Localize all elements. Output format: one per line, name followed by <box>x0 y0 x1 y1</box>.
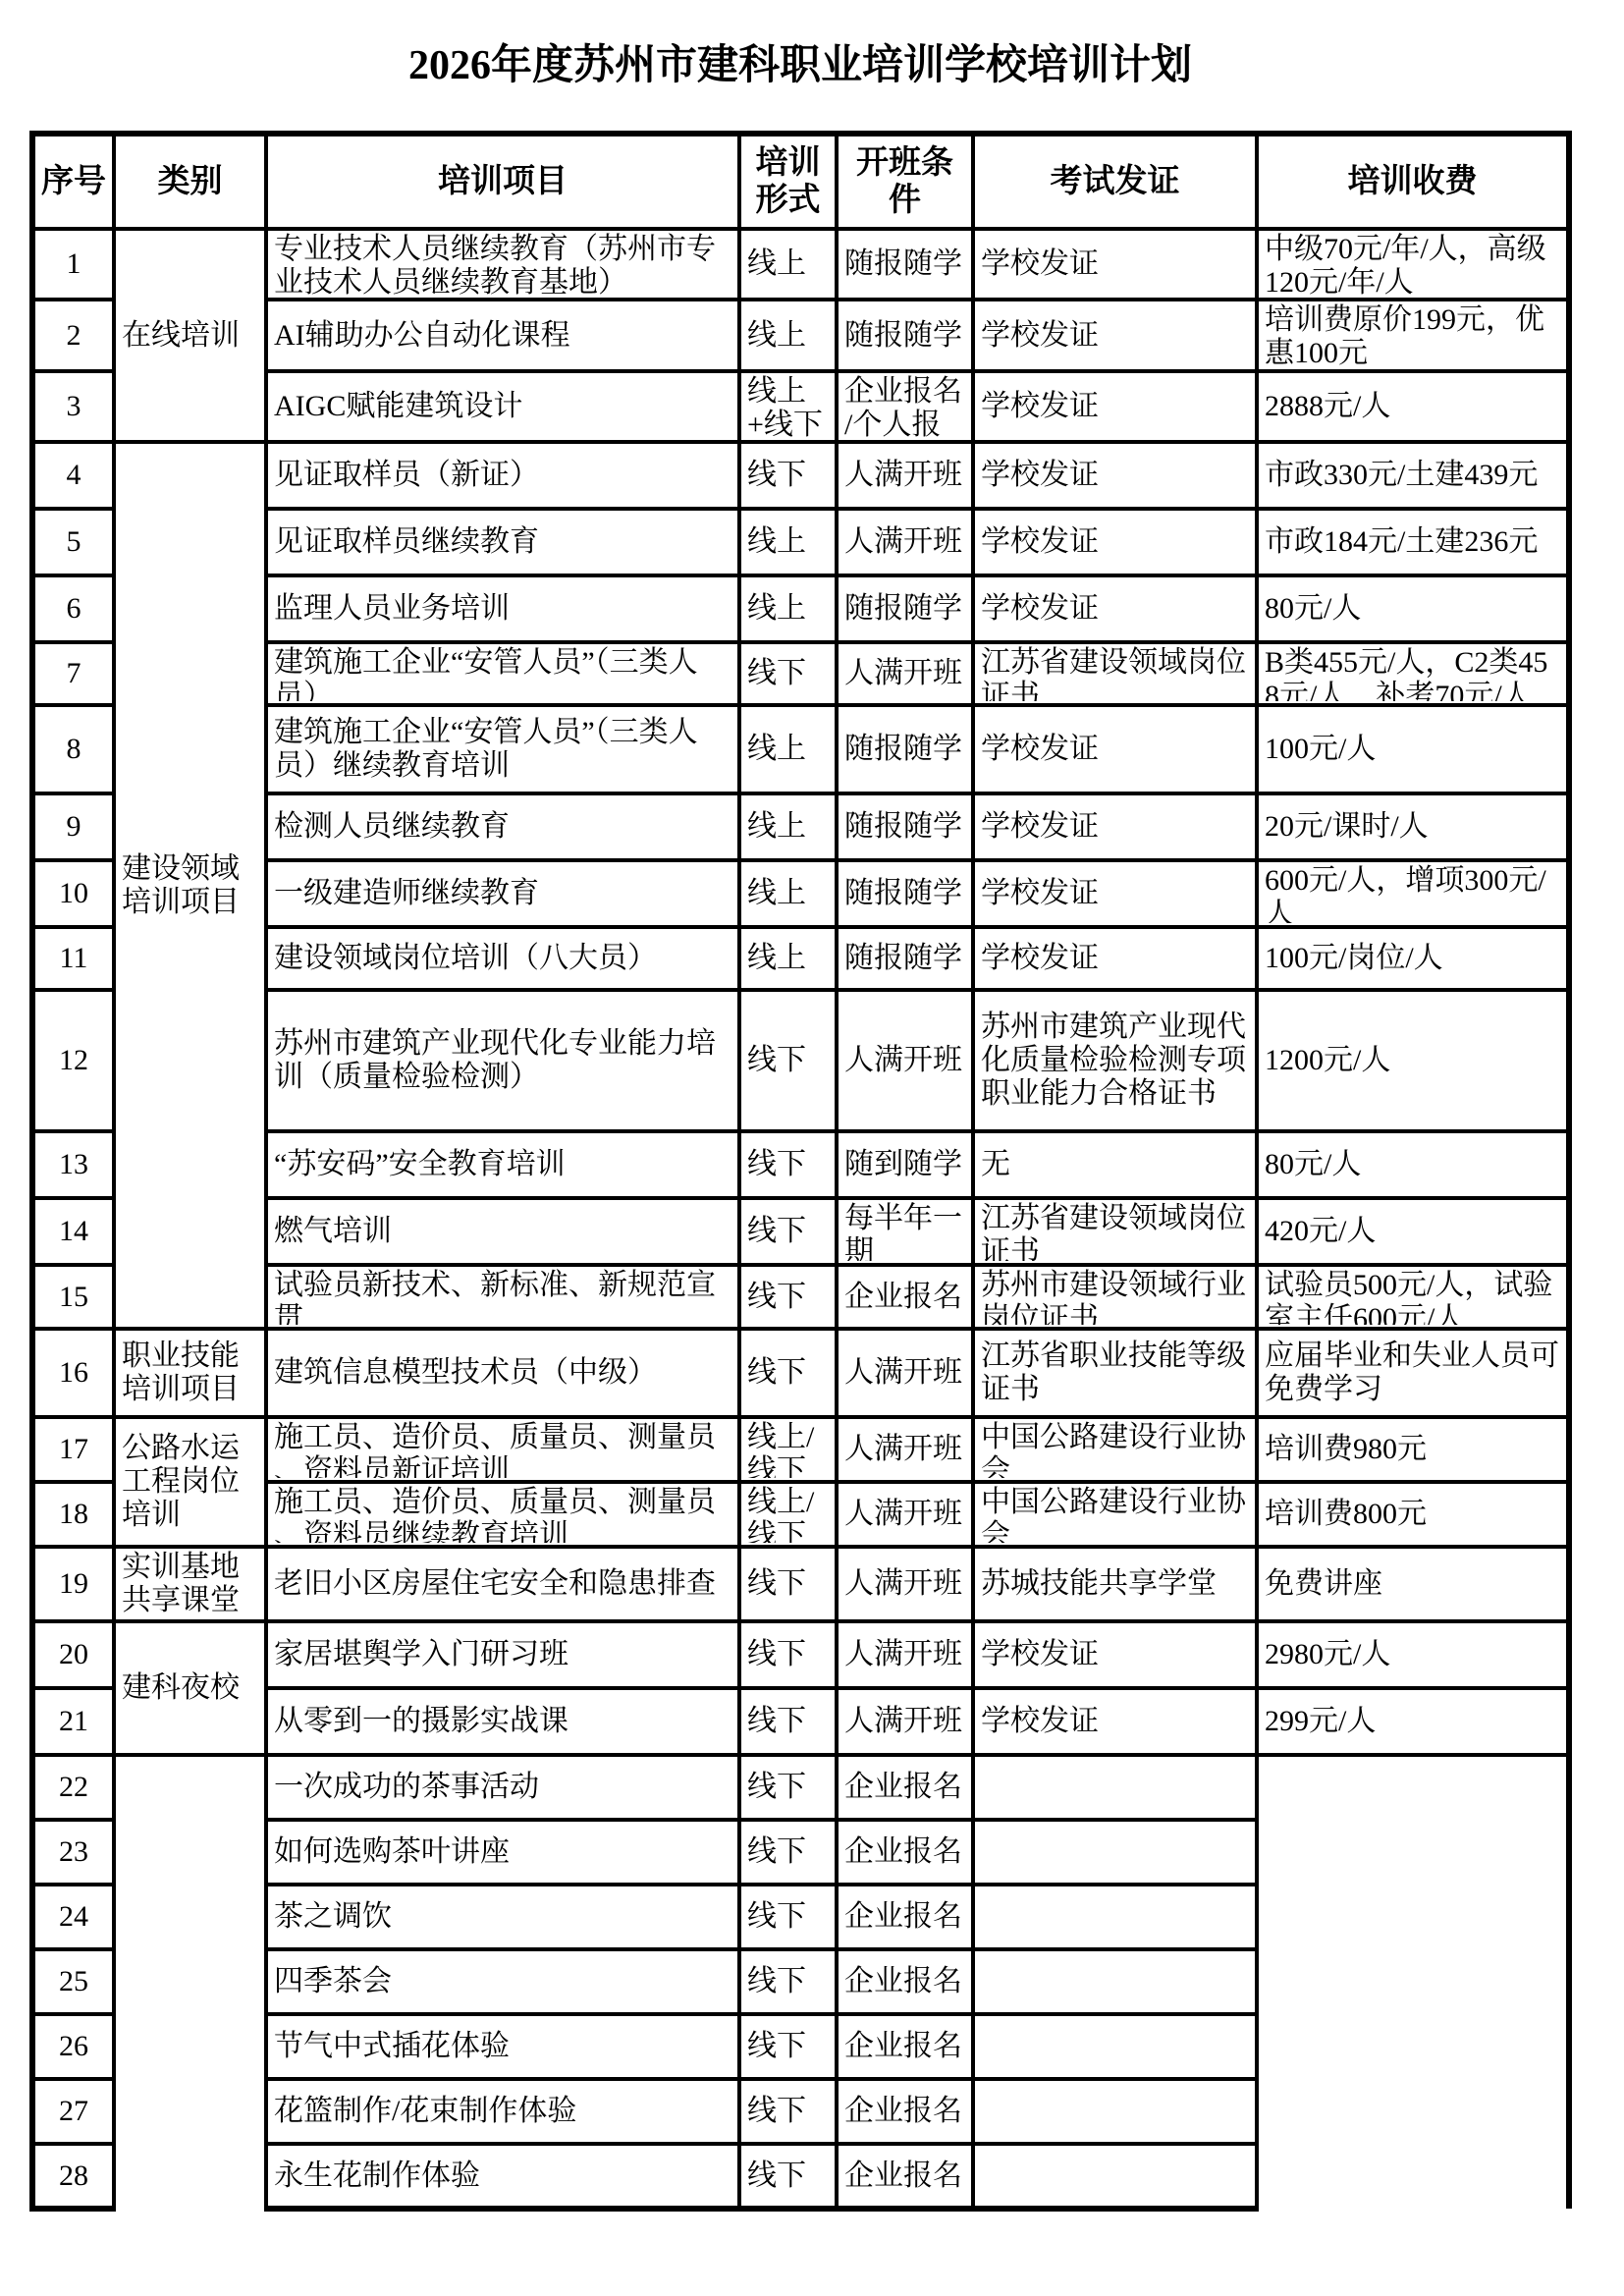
form-cell: 线下 <box>739 1131 837 1198</box>
row-number-cell: 1 <box>32 229 114 300</box>
form-cell: 线下 <box>739 2079 837 2144</box>
fee-cell-text: 培训费800元 <box>1265 1498 1560 1531</box>
condition-cell: 人满开班 <box>837 1621 973 1688</box>
condition-cell-text: 人满开班 <box>844 657 965 690</box>
form-cell-text: 线上 <box>747 525 829 559</box>
fee-cell: 299元/人 <box>1257 1688 1569 1755</box>
project-cell: 家居堪舆学入门研习班 <box>266 1621 739 1688</box>
row-number-cell: 11 <box>32 927 114 990</box>
row-number-cell: 27 <box>32 2079 114 2144</box>
fee-cell-text: 600元/人，增项300元/人 <box>1265 864 1560 923</box>
form-cell-text: 线下 <box>747 459 829 492</box>
cert-cell <box>973 2014 1257 2079</box>
project-cell: 燃气培训 <box>266 1198 739 1265</box>
fee-cell: 应届毕业和失业人员可免费学习 <box>1257 1329 1569 1417</box>
row-number-cell-text: 24 <box>41 1900 106 1934</box>
cert-cell: 学校发证 <box>973 705 1257 793</box>
table-row: 20建科夜校家居堪舆学入门研习班线下人满开班学校发证2980元/人 <box>32 1621 1569 1688</box>
fee-cell-text: 中级70元/年/人，高级120元/年/人 <box>1265 233 1560 296</box>
fee-cell: 80元/人 <box>1257 575 1569 642</box>
row-number-cell: 5 <box>32 509 114 575</box>
cert-cell-text: 中国公路建设行业协会 <box>981 1421 1249 1478</box>
cert-cell-text: 江苏省建设领域岗位证书 <box>981 1202 1249 1261</box>
cert-cell: 中国公路建设行业协会 <box>973 1417 1257 1482</box>
category-cell-text: 建科夜校 <box>122 1671 258 1705</box>
form-cell-text: 线上 <box>747 592 829 626</box>
cert-cell: 江苏省建设领域岗位证书 <box>973 1198 1257 1265</box>
category-cell: 在线培训 <box>114 229 266 442</box>
row-number-cell-text: 11 <box>41 942 106 975</box>
condition-cell-text: 随报随学 <box>844 877 965 910</box>
fee-merged-cell <box>1257 1755 1569 2209</box>
form-cell: 线下 <box>739 1755 837 1820</box>
form-cell-text: 线下 <box>747 1044 829 1077</box>
condition-cell-text: 企业报名 <box>844 1900 965 1934</box>
row-number-cell: 14 <box>32 1198 114 1265</box>
cert-cell: 无 <box>973 1131 1257 1198</box>
form-cell-text: 线下 <box>747 1771 829 1804</box>
form-cell: 线上 <box>739 860 837 927</box>
row-number-cell-text: 25 <box>41 1965 106 1998</box>
fee-cell: 免费讲座 <box>1257 1547 1569 1621</box>
project-cell: AI辅助办公自动化课程 <box>266 300 739 371</box>
condition-cell: 每半年一期 <box>837 1198 973 1265</box>
condition-cell: 随报随学 <box>837 229 973 300</box>
form-cell: 线下 <box>739 1198 837 1265</box>
row-number-cell-text: 4 <box>41 459 106 492</box>
header-project: 培训项目 <box>266 134 739 229</box>
form-cell: 线上 <box>739 705 837 793</box>
fee-cell-text: 2980元/人 <box>1265 1638 1560 1671</box>
cert-cell: 江苏省建设领域岗位证书 <box>973 642 1257 705</box>
project-cell-text: 永生花制作体验 <box>274 2159 731 2193</box>
cert-cell-text: 学校发证 <box>981 1638 1249 1671</box>
cert-cell <box>973 2144 1257 2209</box>
project-cell: 监理人员业务培训 <box>266 575 739 642</box>
project-cell: 建筑信息模型技术员（中级） <box>266 1329 739 1417</box>
condition-cell-text: 人满开班 <box>844 459 965 492</box>
form-cell: 线下 <box>739 642 837 705</box>
category-cell: 建科夜校 <box>114 1621 266 1755</box>
form-cell: 线下 <box>739 442 837 509</box>
table-row: 4建设领域 培训项目见证取样员（新证）线下人满开班学校发证市政330元/土建43… <box>32 442 1569 509</box>
fee-cell: 培训费980元 <box>1257 1417 1569 1482</box>
form-cell: 线上 <box>739 927 837 990</box>
category-cell: 实训基地 共享课堂 <box>114 1547 266 1621</box>
form-cell: 线下 <box>739 1820 837 1885</box>
row-number-cell-text: 12 <box>41 1044 106 1077</box>
project-cell-text: 一次成功的茶事活动 <box>274 1771 731 1804</box>
cert-cell-text: 学校发证 <box>981 247 1249 281</box>
cert-cell: 学校发证 <box>973 1621 1257 1688</box>
project-cell: 永生花制作体验 <box>266 2144 739 2209</box>
project-cell: 建筑施工企业“安管人员”（三类人员） <box>266 642 739 705</box>
fee-cell-text: 100元/岗位/人 <box>1265 942 1560 975</box>
fee-cell-text: 市政330元/土建439元 <box>1265 459 1560 492</box>
form-cell-text: 线下 <box>747 1215 829 1248</box>
cert-cell-text: 学校发证 <box>981 810 1249 844</box>
cert-cell-text: 江苏省建设领域岗位证书 <box>981 646 1249 701</box>
row-number-cell-text: 5 <box>41 525 106 559</box>
project-cell-text: 建设领域岗位培训（八大员） <box>274 942 731 975</box>
row-number-cell-text: 6 <box>41 592 106 626</box>
cert-cell: 学校发证 <box>973 575 1257 642</box>
condition-cell-text: 随报随学 <box>844 592 965 626</box>
form-cell-text: 线下 <box>747 657 829 690</box>
project-cell: 试验员新技术、新标准、新规范宣贯 <box>266 1265 739 1329</box>
row-number-cell-text: 10 <box>41 877 106 910</box>
fee-cell-text: 299元/人 <box>1265 1705 1560 1738</box>
row-number-cell-text: 19 <box>41 1567 106 1601</box>
condition-cell-text: 人满开班 <box>844 1705 965 1738</box>
project-cell-text: 见证取样员（新证） <box>274 459 731 492</box>
form-cell: 线上 <box>739 509 837 575</box>
condition-cell: 人满开班 <box>837 1547 973 1621</box>
cert-cell: 学校发证 <box>973 300 1257 371</box>
condition-cell: 人满开班 <box>837 1329 973 1417</box>
fee-cell-text: 培训费980元 <box>1265 1433 1560 1466</box>
form-cell-text: 线下 <box>747 2030 829 2063</box>
row-number-cell-text: 27 <box>41 2095 106 2128</box>
fee-cell-text: B类455元/人，C2类458元/人，补考70元/人 <box>1265 646 1560 701</box>
project-cell-text: AI辅助办公自动化课程 <box>274 319 731 353</box>
form-cell: 线上 <box>739 793 837 860</box>
condition-cell-text: 企业报名 <box>844 1281 965 1314</box>
category-cell-text: 公路水运 工程岗位 培训 <box>122 1432 258 1532</box>
document-page: 2026年度苏州市建科职业培训学校培训计划 序号 类别 培训项目 培训形式 开班… <box>0 0 1624 2296</box>
category-cell-text: 建设领域 培训项目 <box>122 852 258 919</box>
project-cell-text: 检测人员继续教育 <box>274 810 731 844</box>
table-header: 序号 类别 培训项目 培训形式 开班条件 考试发证 培训收费 <box>32 134 1569 229</box>
form-cell: 线下 <box>739 1885 837 1949</box>
form-cell-text: 线上 <box>747 942 829 975</box>
form-cell-text: 线上/线下 <box>747 1486 829 1543</box>
project-cell: 一级建造师继续教育 <box>266 860 739 927</box>
category-cell: 职业技能 培训项目 <box>114 1329 266 1417</box>
form-cell-text: 线下 <box>747 2095 829 2128</box>
row-number-cell: 22 <box>32 1755 114 1820</box>
cert-cell-text: 苏城技能共享学堂 <box>981 1567 1249 1601</box>
cert-cell <box>973 1949 1257 2014</box>
project-cell-text: 建筑施工企业“安管人员”（三类人员） <box>274 646 731 701</box>
row-number-cell-text: 15 <box>41 1281 106 1314</box>
form-cell-text: 线上/线下 <box>747 1421 829 1478</box>
row-number-cell-text: 16 <box>41 1356 106 1390</box>
row-number-cell-text: 17 <box>41 1433 106 1466</box>
cert-cell <box>973 1820 1257 1885</box>
condition-cell-text: 企业报名 <box>844 2030 965 2063</box>
row-number-cell: 26 <box>32 2014 114 2079</box>
fee-cell: 2888元/人 <box>1257 371 1569 442</box>
project-cell-text: 建筑施工企业“安管人员”（三类人员）继续教育培训 <box>274 716 731 783</box>
condition-cell: 企业报名 <box>837 2144 973 2209</box>
row-number-cell: 15 <box>32 1265 114 1329</box>
form-cell-text: 线下 <box>747 1835 829 1869</box>
fee-cell-text: 试验员500元/人，试验室主任600元/人 <box>1265 1269 1560 1325</box>
condition-cell-text: 人满开班 <box>844 1638 965 1671</box>
category-cell-text: 在线培训 <box>122 319 258 353</box>
condition-cell: 企业报名 <box>837 2014 973 2079</box>
form-cell: 线上/线下 <box>739 1417 837 1482</box>
row-number-cell: 28 <box>32 2144 114 2209</box>
row-number-cell: 2 <box>32 300 114 371</box>
table-row: 16职业技能 培训项目建筑信息模型技术员（中级）线下人满开班江苏省职业技能等级证… <box>32 1329 1569 1417</box>
condition-cell: 人满开班 <box>837 509 973 575</box>
condition-cell-text: 随到随学 <box>844 1148 965 1181</box>
condition-cell: 企业报名 /个人报名 <box>837 371 973 442</box>
condition-cell-text: 企业报名 /个人报名 <box>844 375 965 438</box>
cert-cell: 学校发证 <box>973 371 1257 442</box>
form-cell: 线下 <box>739 1621 837 1688</box>
form-cell: 线下 <box>739 1265 837 1329</box>
fee-cell-text: 420元/人 <box>1265 1215 1560 1248</box>
project-cell-text: 茶之调饮 <box>274 1900 731 1934</box>
project-cell-text: “苏安码”安全教育培训 <box>274 1148 731 1181</box>
condition-cell: 企业报名 <box>837 1885 973 1949</box>
condition-cell: 人满开班 <box>837 442 973 509</box>
form-cell: 线下 <box>739 1547 837 1621</box>
row-number-cell: 18 <box>32 1482 114 1547</box>
project-cell: 见证取样员继续教育 <box>266 509 739 575</box>
row-number-cell: 9 <box>32 793 114 860</box>
condition-cell-text: 人满开班 <box>844 1567 965 1601</box>
project-cell-text: AIGC赋能建筑设计 <box>274 390 731 423</box>
form-cell-text: 线下 <box>747 1965 829 1998</box>
cert-cell <box>973 1755 1257 1820</box>
fee-cell: 600元/人，增项300元/人 <box>1257 860 1569 927</box>
cert-cell: 苏州市建筑产业现代化质量检验检测专项职业能力合格证书 <box>973 990 1257 1131</box>
header-fee: 培训收费 <box>1257 134 1569 229</box>
cert-cell-text: 中国公路建设行业协会 <box>981 1486 1249 1543</box>
cert-cell <box>973 1885 1257 1949</box>
cert-cell-text: 学校发证 <box>981 525 1249 559</box>
fee-cell: 市政330元/土建439元 <box>1257 442 1569 509</box>
condition-cell-text: 企业报名 <box>844 1965 965 1998</box>
condition-cell-text: 每半年一期 <box>844 1202 965 1261</box>
project-cell-text: 监理人员业务培训 <box>274 592 731 626</box>
row-number-cell: 16 <box>32 1329 114 1417</box>
row-number-cell-text: 7 <box>41 657 106 690</box>
condition-cell-text: 随报随学 <box>844 319 965 353</box>
project-cell: 老旧小区房屋住宅安全和隐患排查 <box>266 1547 739 1621</box>
cert-cell-text: 无 <box>981 1148 1249 1181</box>
fee-cell-text: 2888元/人 <box>1265 390 1560 423</box>
cert-cell-text: 学校发证 <box>981 319 1249 353</box>
row-number-cell: 8 <box>32 705 114 793</box>
project-cell-text: 花篮制作/花束制作体验 <box>274 2095 731 2128</box>
project-cell: 施工员、造价员、质量员、测量员 、资料员继续教育培训 <box>266 1482 739 1547</box>
project-cell-text: 试验员新技术、新标准、新规范宣贯 <box>274 1269 731 1325</box>
row-number-cell-text: 20 <box>41 1638 106 1671</box>
row-number-cell: 6 <box>32 575 114 642</box>
form-cell-text: 线上+线下 <box>747 375 829 438</box>
condition-cell: 随到随学 <box>837 1131 973 1198</box>
fee-cell: 中级70元/年/人，高级120元/年/人 <box>1257 229 1569 300</box>
form-cell-text: 线下 <box>747 1638 829 1671</box>
project-cell-text: 施工员、造价员、质量员、测量员 、资料员继续教育培训 <box>274 1486 731 1543</box>
project-cell-text: 节气中式插花体验 <box>274 2030 731 2063</box>
table-row: 17公路水运 工程岗位 培训施工员、造价员、质量员、测量员 、资料员新证培训线上… <box>32 1417 1569 1482</box>
row-number-cell-text: 22 <box>41 1771 106 1804</box>
fee-cell: 100元/岗位/人 <box>1257 927 1569 990</box>
fee-cell: 1200元/人 <box>1257 990 1569 1131</box>
row-number-cell-text: 26 <box>41 2030 106 2063</box>
row-number-cell-text: 3 <box>41 390 106 423</box>
project-cell: 一次成功的茶事活动 <box>266 1755 739 1820</box>
table-row: 22一次成功的茶事活动线下企业报名 <box>32 1755 1569 1820</box>
row-number-cell-text: 13 <box>41 1148 106 1181</box>
cert-cell: 江苏省职业技能等级证书 <box>973 1329 1257 1417</box>
header-no: 序号 <box>32 134 114 229</box>
cert-cell-text: 学校发证 <box>981 390 1249 423</box>
form-cell-text: 线上 <box>747 733 829 766</box>
condition-cell: 人满开班 <box>837 642 973 705</box>
form-cell: 线下 <box>739 1688 837 1755</box>
header-category: 类别 <box>114 134 266 229</box>
project-cell-text: 家居堪舆学入门研习班 <box>274 1638 731 1671</box>
condition-cell: 随报随学 <box>837 793 973 860</box>
row-number-cell-text: 18 <box>41 1498 106 1531</box>
cert-cell: 学校发证 <box>973 1688 1257 1755</box>
fee-cell-text: 应届毕业和失业人员可免费学习 <box>1265 1339 1560 1406</box>
cert-cell: 学校发证 <box>973 509 1257 575</box>
fee-cell: 100元/人 <box>1257 705 1569 793</box>
row-number-cell: 23 <box>32 1820 114 1885</box>
condition-cell: 企业报名 <box>837 1820 973 1885</box>
condition-cell: 企业报名 <box>837 1755 973 1820</box>
row-number-cell: 4 <box>32 442 114 509</box>
row-number-cell-text: 1 <box>41 247 106 281</box>
row-number-cell-text: 2 <box>41 319 106 353</box>
row-number-cell: 3 <box>32 371 114 442</box>
form-cell-text: 线下 <box>747 1900 829 1934</box>
condition-cell: 人满开班 <box>837 1688 973 1755</box>
row-number-cell: 17 <box>32 1417 114 1482</box>
condition-cell: 随报随学 <box>837 575 973 642</box>
fee-cell-text: 免费讲座 <box>1265 1567 1560 1601</box>
fee-cell-text: 培训费原价199元，优惠100元 <box>1265 303 1560 367</box>
row-number-cell: 10 <box>32 860 114 927</box>
cert-cell-text: 江苏省职业技能等级证书 <box>981 1339 1249 1406</box>
project-cell-text: 施工员、造价员、质量员、测量员 、资料员新证培训 <box>274 1421 731 1478</box>
fee-cell-text: 80元/人 <box>1265 592 1560 626</box>
form-cell: 线下 <box>739 990 837 1131</box>
project-cell: 如何选购茶叶讲座 <box>266 1820 739 1885</box>
form-cell-text: 线下 <box>747 1148 829 1181</box>
condition-cell-text: 随报随学 <box>844 810 965 844</box>
project-cell: 四季茶会 <box>266 1949 739 2014</box>
cert-cell: 中国公路建设行业协会 <box>973 1482 1257 1547</box>
table-row: 1在线培训专业技术人员继续教育（苏州市专业技术人员继续教育基地）线上随报随学学校… <box>32 229 1569 300</box>
cert-cell-text: 学校发证 <box>981 592 1249 626</box>
project-cell: 检测人员继续教育 <box>266 793 739 860</box>
row-number-cell: 21 <box>32 1688 114 1755</box>
form-cell-text: 线下 <box>747 1705 829 1738</box>
cert-cell: 学校发证 <box>973 927 1257 990</box>
cert-cell-text: 学校发证 <box>981 459 1249 492</box>
project-cell-text: 燃气培训 <box>274 1215 731 1248</box>
form-cell-text: 线下 <box>747 1567 829 1601</box>
row-number-cell: 19 <box>32 1547 114 1621</box>
form-cell-text: 线上 <box>747 319 829 353</box>
table-row: 19实训基地 共享课堂老旧小区房屋住宅安全和隐患排查线下人满开班苏城技能共享学堂… <box>32 1547 1569 1621</box>
project-cell: 建设领域岗位培训（八大员） <box>266 927 739 990</box>
condition-cell-text: 人满开班 <box>844 1356 965 1390</box>
form-cell: 线上 <box>739 229 837 300</box>
project-cell: AIGC赋能建筑设计 <box>266 371 739 442</box>
fee-cell-text: 80元/人 <box>1265 1148 1560 1181</box>
fee-cell: 试验员500元/人，试验室主任600元/人 <box>1257 1265 1569 1329</box>
form-cell: 线上/线下 <box>739 1482 837 1547</box>
form-cell-text: 线下 <box>747 1356 829 1390</box>
header-cert: 考试发证 <box>973 134 1257 229</box>
row-number-cell: 7 <box>32 642 114 705</box>
row-number-cell-text: 23 <box>41 1835 106 1869</box>
cert-cell-text: 学校发证 <box>981 1705 1249 1738</box>
row-number-cell: 12 <box>32 990 114 1131</box>
form-cell: 线下 <box>739 2144 837 2209</box>
category-cell <box>114 1755 266 2209</box>
form-cell: 线下 <box>739 2014 837 2079</box>
project-cell: 节气中式插花体验 <box>266 2014 739 2079</box>
project-cell: 从零到一的摄影实战课 <box>266 1688 739 1755</box>
form-cell-text: 线上 <box>747 810 829 844</box>
row-number-cell: 25 <box>32 1949 114 2014</box>
form-cell: 线上 <box>739 300 837 371</box>
project-cell: 苏州市建筑产业现代化专业能力培训（质量检验检测） <box>266 990 739 1131</box>
cert-cell: 学校发证 <box>973 860 1257 927</box>
cert-cell: 学校发证 <box>973 229 1257 300</box>
form-cell-text: 线下 <box>747 1281 829 1314</box>
project-cell-text: 专业技术人员继续教育（苏州市专业技术人员继续教育基地） <box>274 233 731 296</box>
project-cell: 专业技术人员继续教育（苏州市专业技术人员继续教育基地） <box>266 229 739 300</box>
cert-cell-text: 学校发证 <box>981 733 1249 766</box>
project-cell-text: 老旧小区房屋住宅安全和隐患排查 <box>274 1567 731 1601</box>
fee-cell-text: 1200元/人 <box>1265 1044 1560 1077</box>
document-title: 2026年度苏州市建科职业培训学校培训计划 <box>29 0 1571 88</box>
condition-cell: 企业报名 <box>837 1265 973 1329</box>
condition-cell-text: 人满开班 <box>844 1498 965 1531</box>
cert-cell: 苏城技能共享学堂 <box>973 1547 1257 1621</box>
fee-cell: 80元/人 <box>1257 1131 1569 1198</box>
condition-cell-text: 企业报名 <box>844 2159 965 2193</box>
row-number-cell: 24 <box>32 1885 114 1949</box>
project-cell-text: 苏州市建筑产业现代化专业能力培训（质量检验检测） <box>274 1027 731 1094</box>
category-cell: 公路水运 工程岗位 培训 <box>114 1417 266 1547</box>
header-condition: 开班条件 <box>837 134 973 229</box>
project-cell: 花篮制作/花束制作体验 <box>266 2079 739 2144</box>
row-number-cell-text: 28 <box>41 2159 106 2193</box>
cert-cell-text: 学校发证 <box>981 877 1249 910</box>
row-number-cell: 13 <box>32 1131 114 1198</box>
condition-cell-text: 人满开班 <box>844 1044 965 1077</box>
project-cell-text: 从零到一的摄影实战课 <box>274 1705 731 1738</box>
project-cell: “苏安码”安全教育培训 <box>266 1131 739 1198</box>
condition-cell-text: 随报随学 <box>844 247 965 281</box>
row-number-cell-text: 8 <box>41 733 106 766</box>
condition-cell-text: 企业报名 <box>844 1771 965 1804</box>
header-form: 培训形式 <box>739 134 837 229</box>
condition-cell: 人满开班 <box>837 1417 973 1482</box>
condition-cell: 随报随学 <box>837 705 973 793</box>
header-row: 序号 类别 培训项目 培训形式 开班条件 考试发证 培训收费 <box>32 134 1569 229</box>
condition-cell-text: 随报随学 <box>844 942 965 975</box>
project-cell-text: 见证取样员继续教育 <box>274 525 731 559</box>
project-cell-text: 建筑信息模型技术员（中级） <box>274 1356 731 1390</box>
condition-cell: 企业报名 <box>837 1949 973 2014</box>
fee-cell: 市政184元/土建236元 <box>1257 509 1569 575</box>
fee-cell: 2980元/人 <box>1257 1621 1569 1688</box>
